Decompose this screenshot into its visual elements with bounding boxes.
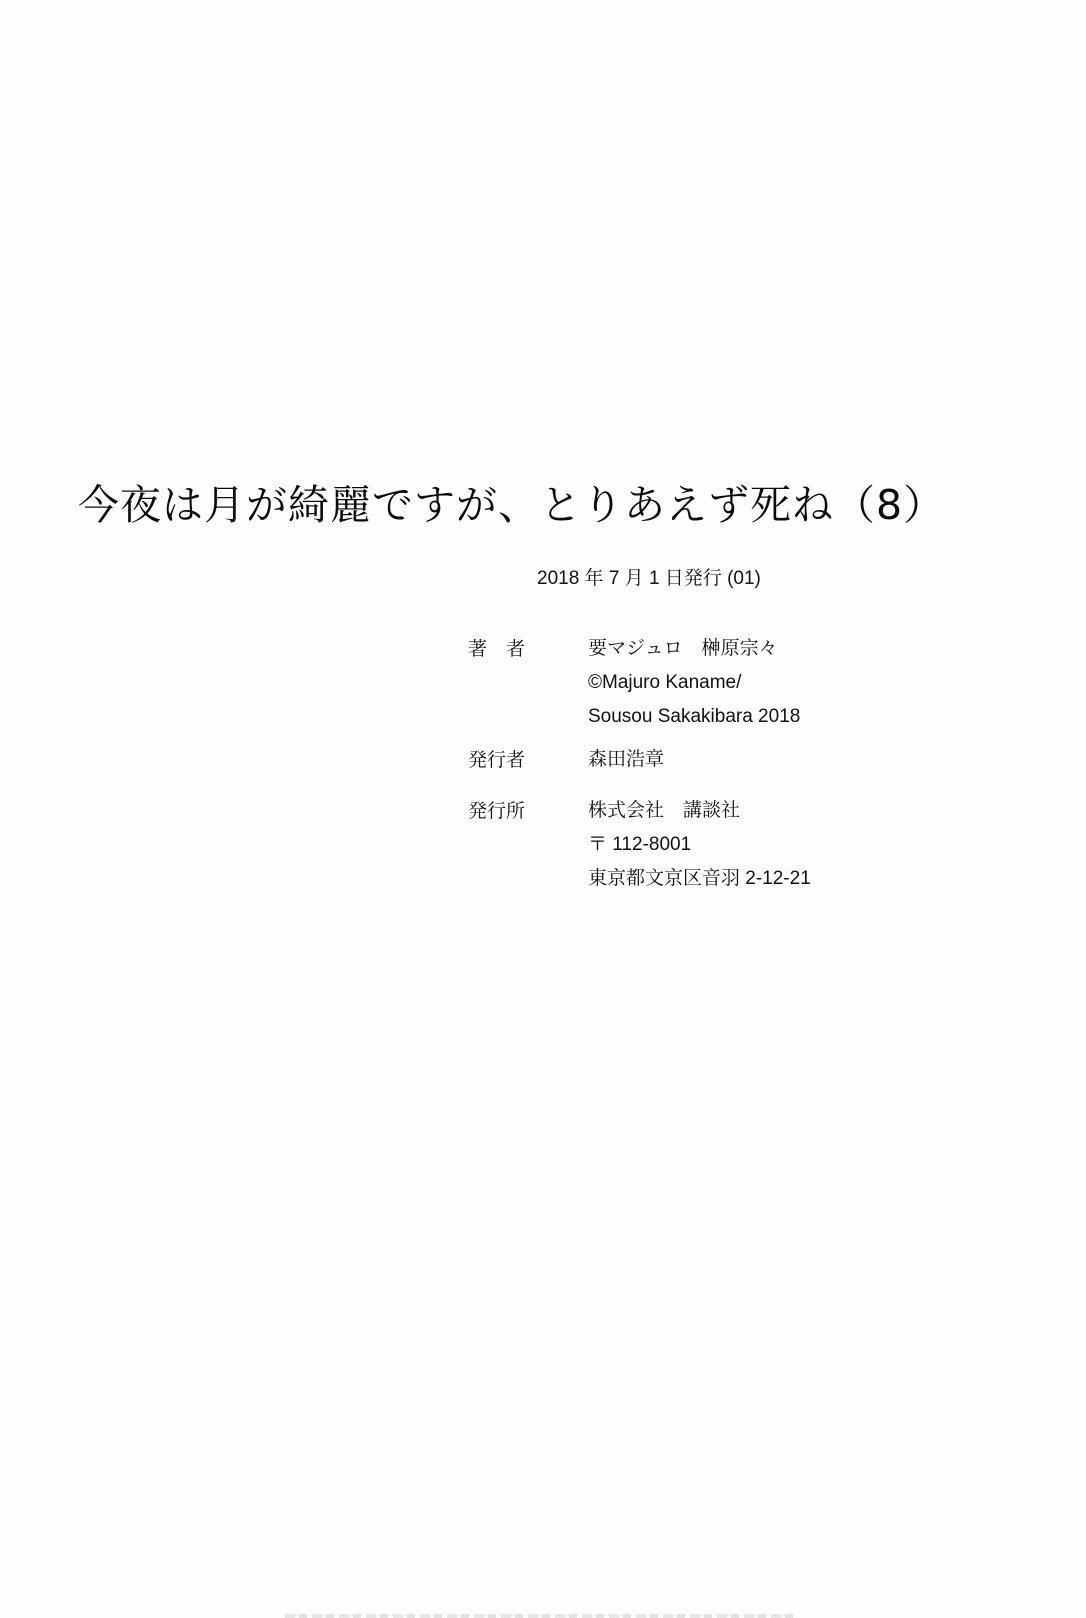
author-label: 著 者 <box>468 636 588 662</box>
colophon-row-publishing-house: 発行所 株式会社 講談社 〒 112-8001 東京都文京区音羽 2-12-21 <box>468 798 888 900</box>
cut-off-text-line <box>285 1614 795 1618</box>
author-values: 要マジュロ 榊原宗々 ©Majuro Kaname/ Sousou Sakaki… <box>588 636 888 738</box>
colophon-row-publisher: 発行者 森田浩章 <box>468 747 888 781</box>
colophon-page: 今夜は月が綺麗ですが、とりあえず死ね（8） 2018 年 7 月 1 日発行 (… <box>0 0 1086 1618</box>
colophon-table: 著 者 要マジュロ 榊原宗々 ©Majuro Kaname/ Sousou Sa… <box>468 636 888 900</box>
publication-date: 2018 年 7 月 1 日発行 (01) <box>537 566 761 592</box>
publisher-label: 発行者 <box>468 747 588 773</box>
publishing-house-values: 株式会社 講談社 〒 112-8001 東京都文京区音羽 2-12-21 <box>588 798 888 900</box>
publishing-house-label: 発行所 <box>468 798 588 824</box>
book-title: 今夜は月が綺麗ですが、とりあえず死ね（8） <box>78 479 1008 531</box>
author-copyright-line-2: Sousou Sakakibara 2018 <box>588 704 888 738</box>
publisher-values: 森田浩章 <box>588 747 888 781</box>
colophon-row-author: 著 者 要マジュロ 榊原宗々 ©Majuro Kaname/ Sousou Sa… <box>468 636 888 738</box>
postal-code: 〒 112-8001 <box>588 832 888 866</box>
author-names-jp: 要マジュロ 榊原宗々 <box>588 636 888 670</box>
publishing-house-name: 株式会社 講談社 <box>588 798 888 832</box>
address: 東京都文京区音羽 2-12-21 <box>588 866 888 900</box>
publisher-name: 森田浩章 <box>588 747 888 781</box>
author-copyright-line-1: ©Majuro Kaname/ <box>588 670 888 704</box>
